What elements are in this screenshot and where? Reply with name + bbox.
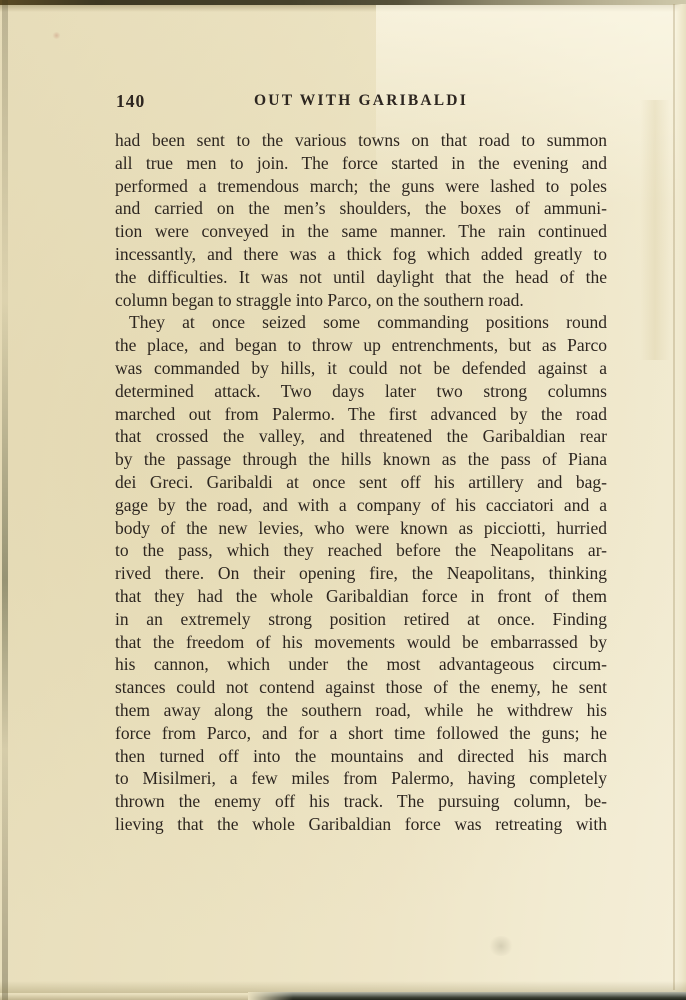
- text-line: in an extremely strong position retired …: [115, 608, 607, 631]
- binding-edge-streak: [2, 0, 8, 1000]
- text-line: gage by the road, and with a company of …: [115, 494, 607, 517]
- text-line: marched out from Palermo. The first adva…: [115, 403, 607, 426]
- text-line: the difficulties. It was not until dayli…: [115, 266, 607, 289]
- text-line: the place, and began to throw up entrenc…: [115, 334, 607, 357]
- text-line: They at once seized some commanding posi…: [115, 311, 607, 334]
- text-line: to the pass, which they reached before t…: [115, 539, 607, 562]
- text-line: that they had the whole Garibaldian forc…: [115, 585, 607, 608]
- text-line: and carried on the men’s shoulders, the …: [115, 197, 607, 220]
- page-bottom-edge: [0, 994, 248, 1000]
- running-header: OUT WITH GARIBALDI: [115, 92, 607, 110]
- text-line: his cannon, which under the most advanta…: [115, 653, 607, 676]
- page-right-edge: [675, 4, 686, 992]
- text-line: performed a tremendous march; the guns w…: [115, 175, 607, 198]
- text-line: stances could not contend against those …: [115, 676, 607, 699]
- page-body: had been sent to the various towns on th…: [115, 129, 607, 836]
- text-line: incessantly, and there was a thick fog w…: [115, 243, 607, 266]
- text-line: was commanded by hills, it could not be …: [115, 357, 607, 380]
- text-line: to Misilmeri, a few miles from Palermo, …: [115, 767, 607, 790]
- text-line: determined attack. Two days later two st…: [115, 380, 607, 403]
- book-page-scan: 140 OUT WITH GARIBALDI had been sent to …: [0, 0, 686, 1000]
- scan-bottom-edge: [248, 992, 686, 1000]
- paper-discoloration: [640, 100, 670, 360]
- text-line: that the freedom of his movements would …: [115, 631, 607, 654]
- text-line: column began to straggle into Parco, on …: [115, 289, 607, 312]
- text-line: tion were conveyed in the same manner. T…: [115, 220, 607, 243]
- paragraph: They at once seized some commanding posi…: [115, 311, 607, 835]
- text-line: body of the new levies, who were known a…: [115, 517, 607, 540]
- text-line: rived there. On their opening fire, the …: [115, 562, 607, 585]
- paper-stain: [52, 32, 61, 39]
- text-line: by the passage through the hills known a…: [115, 448, 607, 471]
- paragraph: had been sent to the various towns on th…: [115, 129, 607, 311]
- text-line: lieving that the whole Garibaldian force…: [115, 813, 607, 836]
- text-line: thrown the enemy off his track. The purs…: [115, 790, 607, 813]
- text-line: had been sent to the various towns on th…: [115, 129, 607, 152]
- page-header: 140 OUT WITH GARIBALDI: [115, 91, 607, 113]
- text-line: all true men to join. The force started …: [115, 152, 607, 175]
- text-line: then turned off into the mountains and d…: [115, 745, 607, 768]
- text-line: them away along the southern road, while…: [115, 699, 607, 722]
- paper-smudge: [488, 936, 514, 956]
- text-line: that crossed the valley, and threatened …: [115, 425, 607, 448]
- text-line: dei Greci. Garibaldi at once sent off hi…: [115, 471, 607, 494]
- text-line: force from Parco, and for a short time f…: [115, 722, 607, 745]
